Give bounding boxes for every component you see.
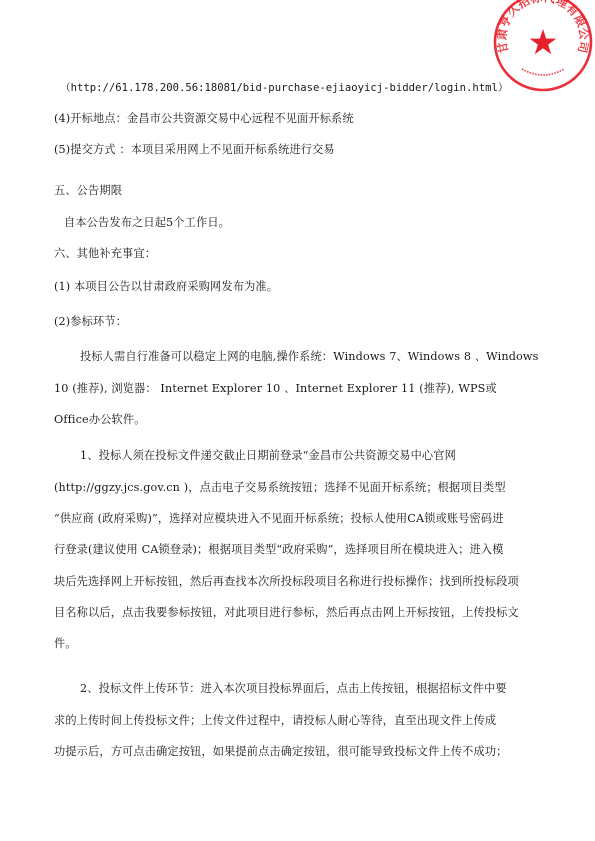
document-page: （http://61.178.200.56:18081/bid-purchase…: [0, 0, 595, 841]
star-icon: [530, 29, 557, 54]
step-1-line-5: 块后先选择网上开标按钮，然后再查找本次所投标段项目名称进行投标操作；找到所投标段…: [54, 575, 519, 589]
step-1-line-7: 件。: [54, 637, 77, 651]
supplement-item-1: (1) 本项目公告以甘肃政府采购网发布为准。: [54, 280, 278, 294]
login-url-line: （http://61.178.200.56:18081/bid-purchase…: [60, 81, 509, 95]
section-6-title: 六、其他补充事宜：: [54, 247, 156, 261]
supplement-item-2: (2)参标环节：: [54, 315, 127, 329]
step-2-line-1: 2、投标文件上传环节：进入本次项目投标界面后，点击上传按钮，根据招标文件中要: [80, 682, 507, 696]
section-5-body: 自本公告发布之日起5个工作日。: [64, 216, 230, 230]
requirements-line-1: 投标人需自行准备可以稳定上网的电脑,操作系统：Windows 7、Windows…: [80, 350, 539, 364]
requirements-line-2: 10 (推荐), 浏览器： Internet Explorer 10 、Inte…: [54, 382, 497, 396]
step-2-line-3: 功提示后，方可点击确定按钮，如果提前点击确定按钮，很可能导致投标文件上传不成功；: [54, 745, 508, 759]
step-1-line-2: (http://ggzy.jcs.gov.cn )，点击电子交易系统按钮；选择不…: [54, 481, 506, 495]
step-1-line-6: 目名称以后，点击我要参标按钮，对此项目进行参标，然后再点击网上开标按钮，上传投标…: [54, 606, 519, 620]
section-5-title: 五、公告期限: [54, 184, 122, 198]
submission-method: (5)提交方式 ：本项目采用网上不见面开标系统进行交易: [54, 143, 335, 157]
step-1-line-4: 行登录(建议使用 CA锁登录)；根据项目类型“政府采购”，选择项目所在模块进入；…: [54, 543, 504, 557]
step-1-line-1: 1、投标人须在投标文件递交截止日期前登录“金昌市公共资源交易中心官网: [80, 449, 456, 463]
step-1-line-3: “供应商 (政府采购)”，选择对应模块进入不见面开标系统；投标人使用CA锁或账号…: [54, 512, 504, 526]
requirements-line-3: Office办公软件。: [54, 413, 146, 427]
bid-opening-location: (4)开标地点：金昌市公共资源交易中心远程不见面开标系统: [54, 112, 354, 126]
company-seal: 甘肃亨久招标代理有限公司: [492, 0, 594, 93]
step-2-line-2: 求的上传时间上传投标文件；上传文件过程中，请投标人耐心等待，直至出现文件上传成: [54, 714, 496, 728]
seal-serial-band: [522, 69, 564, 75]
